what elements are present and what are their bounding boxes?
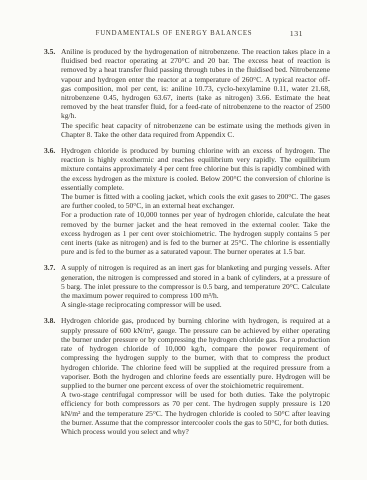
problem-number: 3.6. bbox=[44, 146, 61, 256]
problem-paragraph: A two-stage centrifugal compressor will … bbox=[61, 390, 330, 427]
problem-body: Aniline is produced by the hydrogenation… bbox=[61, 47, 330, 139]
problem-paragraph: Hydrogen chloride gas, produced by burni… bbox=[61, 316, 330, 390]
problem-paragraph: A single-stage reciprocating compressor … bbox=[61, 300, 330, 309]
running-title: FUNDAMENTALS OF ENERGY BALANCES bbox=[96, 30, 253, 37]
problem-paragraph: The burner is fitted with a cooling jack… bbox=[61, 192, 330, 210]
problem-3-7: 3.7. A supply of nitrogen is required as… bbox=[44, 263, 330, 309]
problem-paragraph: The specific heat capacity of nitrobenze… bbox=[61, 121, 330, 139]
page-header: FUNDAMENTALS OF ENERGY BALANCES 131 bbox=[44, 29, 330, 40]
problem-number: 3.7. bbox=[44, 263, 61, 309]
problem-number: 3.8. bbox=[44, 316, 61, 436]
book-page: FUNDAMENTALS OF ENERGY BALANCES 131 3.5.… bbox=[0, 0, 367, 480]
problem-paragraph: For a production rate of 10,000 tonnes p… bbox=[61, 210, 330, 256]
problem-paragraph: A supply of nitrogen is required as an i… bbox=[61, 263, 330, 300]
problem-body: A supply of nitrogen is required as an i… bbox=[61, 263, 330, 309]
problem-3-5: 3.5. Aniline is produced by the hydrogen… bbox=[44, 47, 330, 139]
problem-body: Hydrogen chloride gas, produced by burni… bbox=[61, 316, 330, 436]
problem-paragraph: Hydrogen chloride is produced by burning… bbox=[61, 146, 330, 192]
problem-body: Hydrogen chloride is produced by burning… bbox=[61, 146, 330, 256]
problem-paragraph: Which process would you select and why? bbox=[61, 427, 330, 436]
problem-3-8: 3.8. Hydrogen chloride gas, produced by … bbox=[44, 316, 330, 436]
problem-3-6: 3.6. Hydrogen chloride is produced by bu… bbox=[44, 146, 330, 256]
problem-paragraph: Aniline is produced by the hydrogenation… bbox=[61, 47, 330, 121]
problem-list: 3.5. Aniline is produced by the hydrogen… bbox=[44, 47, 330, 436]
page-number: 131 bbox=[290, 29, 303, 38]
problem-number: 3.5. bbox=[44, 47, 61, 139]
